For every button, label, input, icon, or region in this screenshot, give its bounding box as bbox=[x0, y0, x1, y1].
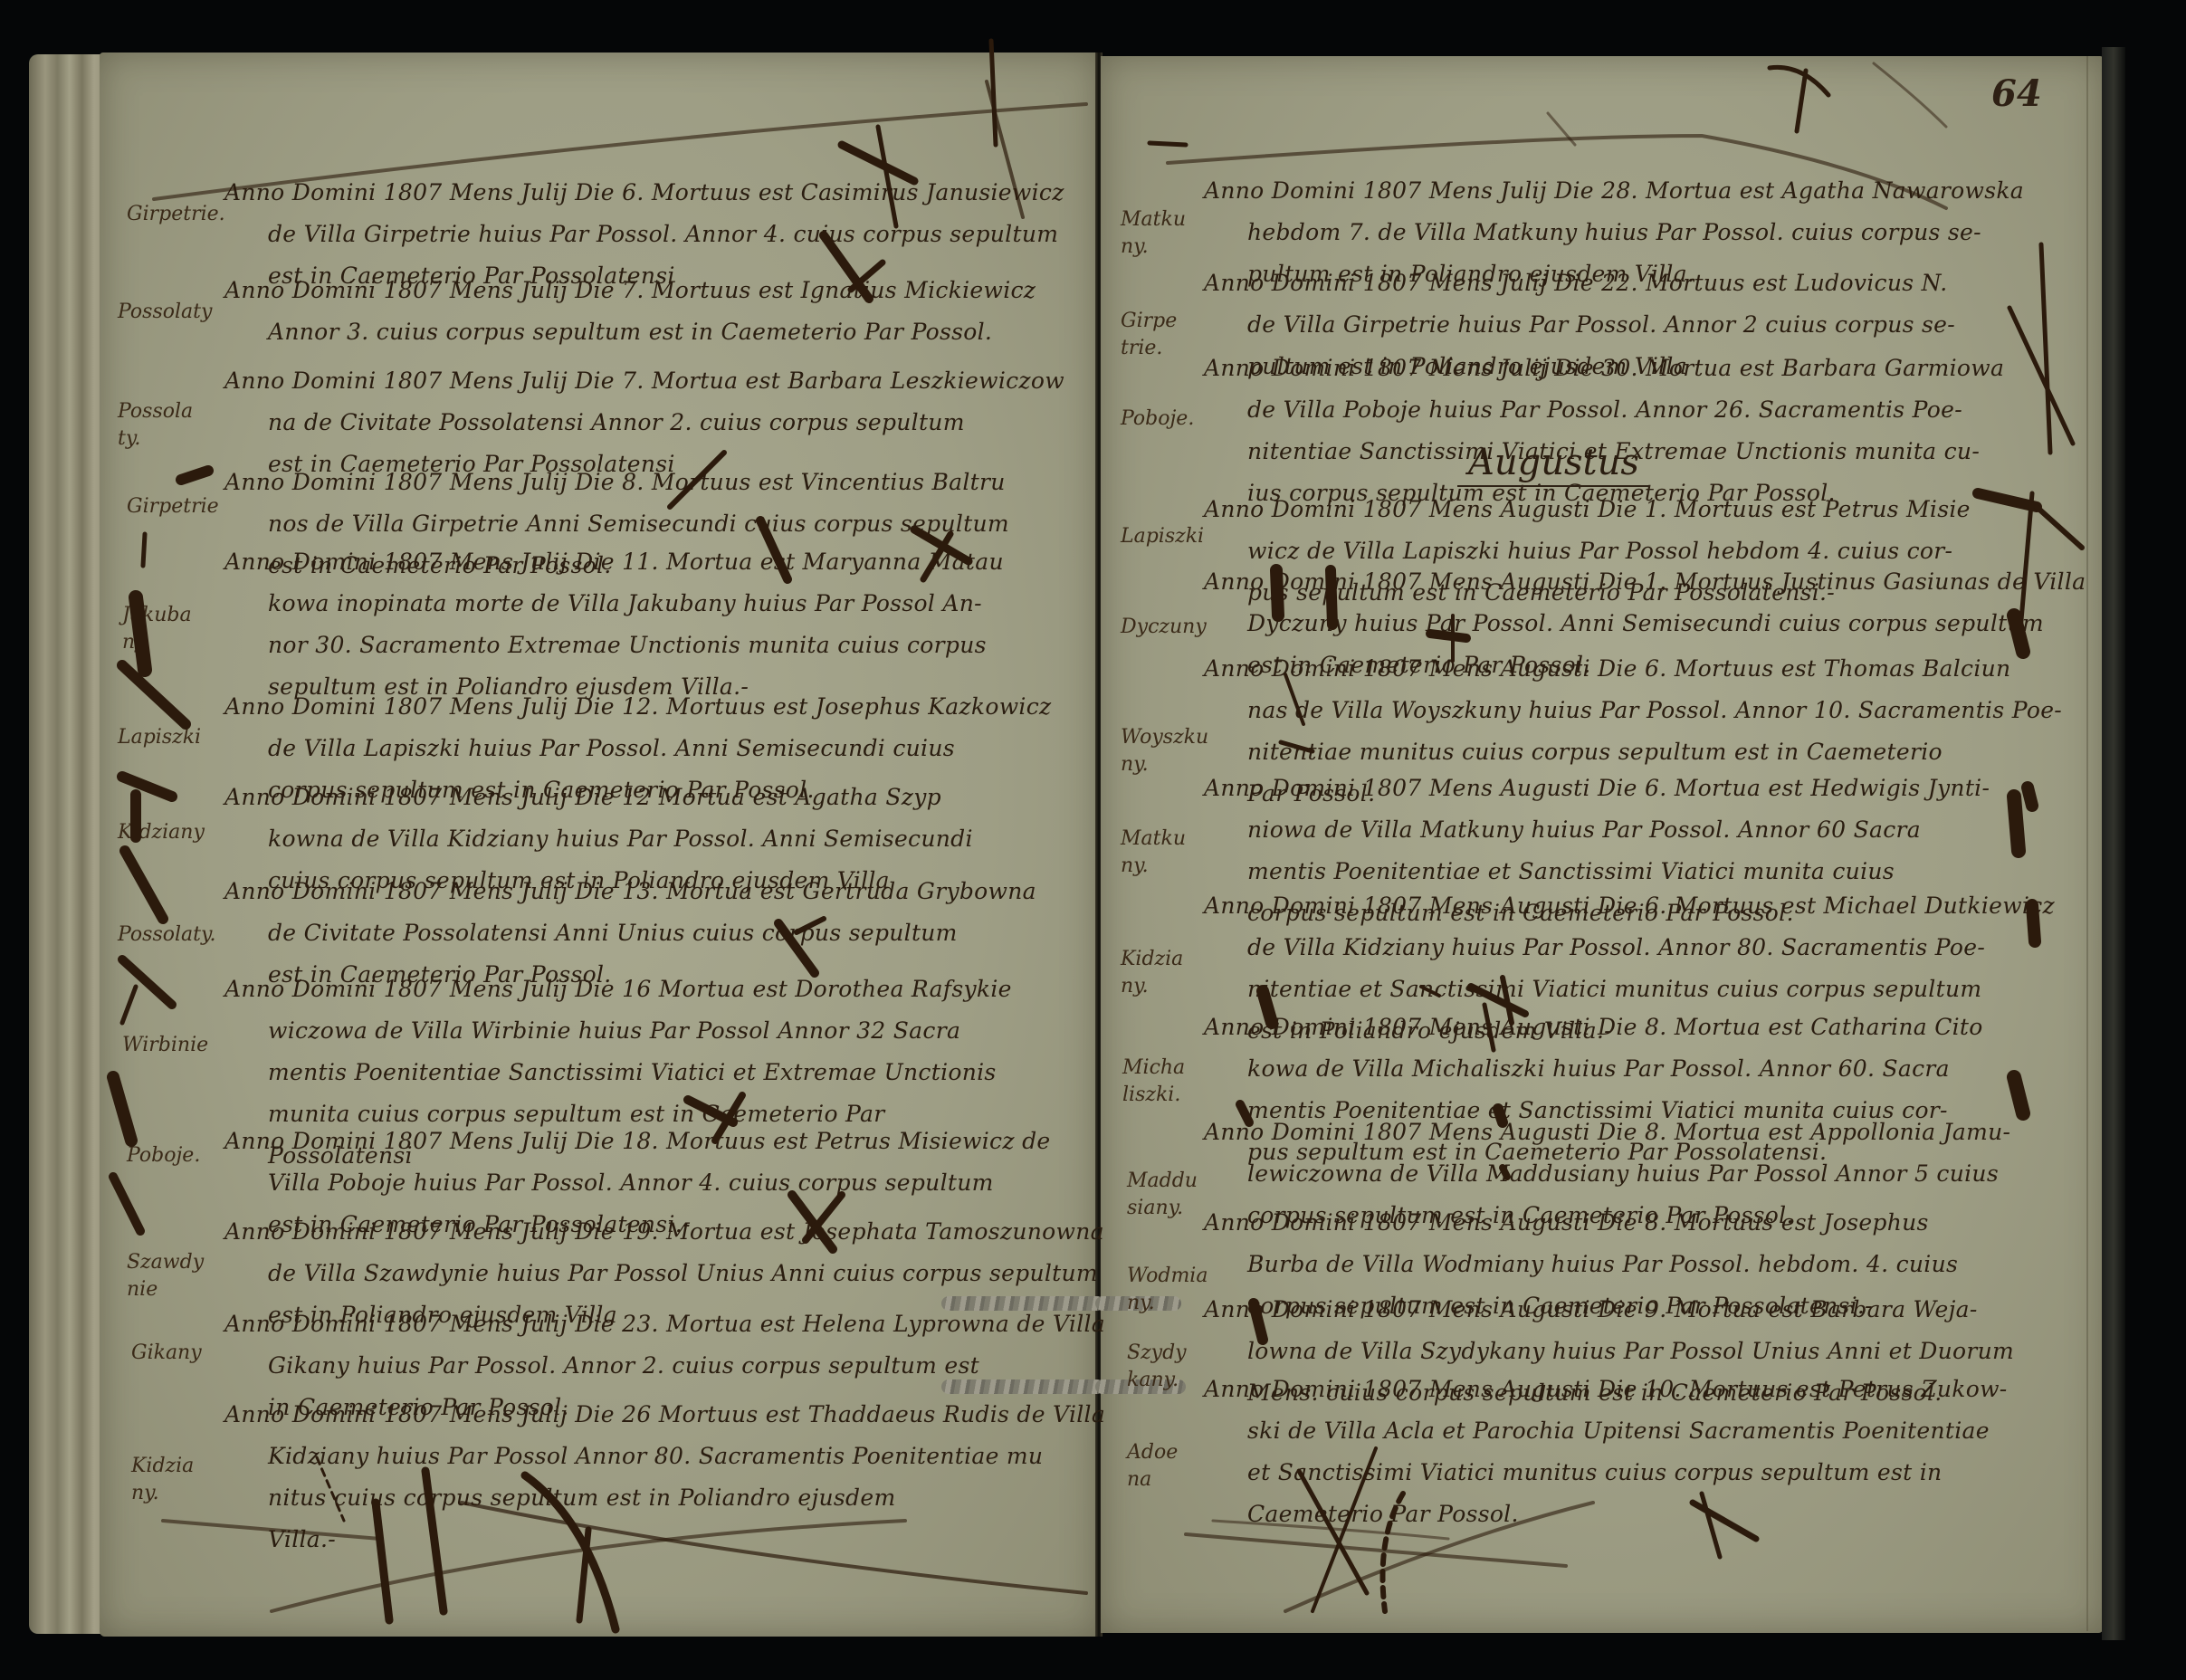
margin-village: Matku ny. bbox=[1121, 826, 1175, 880]
margin-village: Adoe na bbox=[1127, 1439, 1177, 1494]
margin-village: Szydy kany. bbox=[1127, 1340, 1177, 1394]
margin-village: Micha liszki. bbox=[1122, 1055, 1177, 1109]
margin-village: Dyczuny bbox=[1121, 614, 1207, 641]
margin-village: Wodmia ny. bbox=[1127, 1263, 1181, 1317]
margin-village: Maddu siany. bbox=[1127, 1168, 1181, 1222]
margin-village: Woyszku ny. bbox=[1121, 724, 1175, 778]
register-entry: Anno Domini 1807 Mens Augusti Die 10. Mo… bbox=[1204, 1369, 2008, 1535]
margin-village: Kidzia ny. bbox=[1121, 946, 1175, 1000]
margin-village: Girpe trie. bbox=[1121, 308, 1175, 362]
margin-village: Lapiszki bbox=[1121, 523, 1204, 550]
month-heading: Augustus bbox=[1457, 442, 1650, 487]
margin-village: Matku ny. bbox=[1121, 206, 1175, 261]
right-page-entries: Matku ny. Anno Domini 1807 Mens Julij Di… bbox=[0, 0, 2186, 1680]
open-register-book: 64 Girpetrie. Anno Domini 1807 Mens Juli… bbox=[0, 0, 2186, 1680]
margin-village: Poboje. bbox=[1121, 406, 1194, 433]
